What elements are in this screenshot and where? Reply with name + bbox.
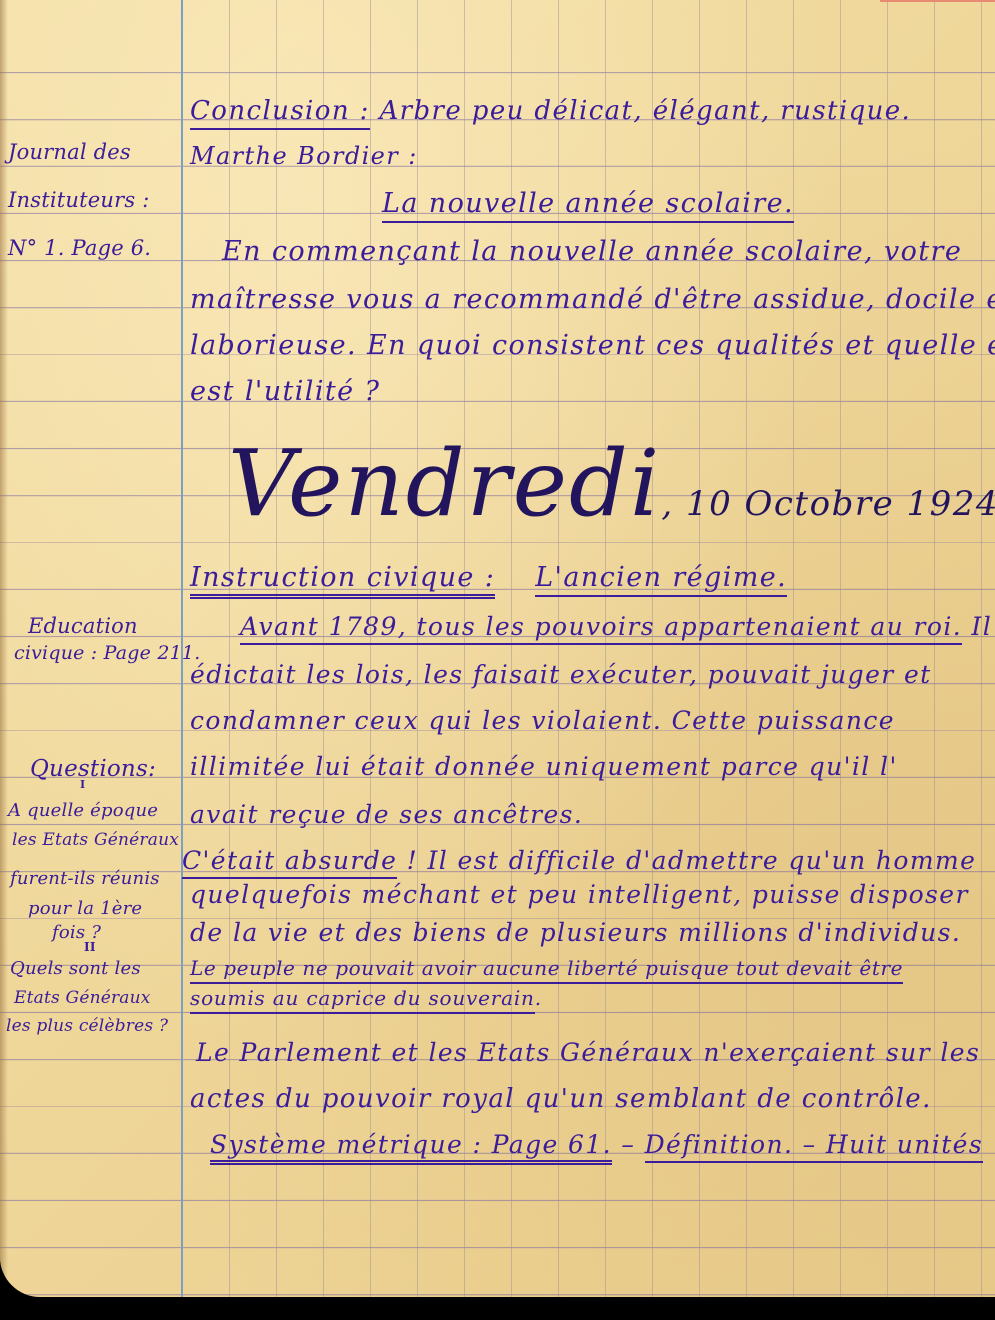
lesson-line-4: illimitée lui était donnée uniquement pa… bbox=[190, 752, 898, 781]
margin-q2-line3: les plus célèbres ? bbox=[6, 1016, 168, 1036]
margin-q1-line3: furent-ils réunis bbox=[10, 868, 160, 889]
lesson-line-10-underlined: soumis au caprice du souverain bbox=[190, 986, 535, 1014]
margin-q1-number: I bbox=[80, 778, 85, 791]
date-heading: Vendredi, 10 Octobre 1924. bbox=[228, 430, 995, 537]
lesson-line-7: quelquefois méchant et peu intelligent, … bbox=[190, 880, 969, 909]
lesson-line-6-tail: ! Il est difficile d'admettre qu'un homm… bbox=[397, 846, 976, 875]
margin-education-1: Education bbox=[28, 614, 138, 638]
margin-journal-1: Journal des bbox=[8, 140, 131, 164]
conclusion-label: Conclusion : bbox=[190, 96, 370, 130]
top-edge-mark bbox=[880, 0, 995, 2]
lesson-line-11: Le Parlement et les Etats Généraux n'exe… bbox=[196, 1038, 980, 1067]
essay-line-1: En commençant la nouvelle année scolaire… bbox=[222, 236, 962, 267]
margin-education-2: civique : Page 211. bbox=[14, 642, 200, 664]
date-rest: , 10 Octobre 1924. bbox=[661, 484, 995, 524]
lesson-line-9-underlined: Le peuple ne pouvait avoir aucune libert… bbox=[190, 956, 903, 984]
lesson-line-6: C'était absurde ! Il est difficile d'adm… bbox=[182, 846, 976, 875]
margin-q2-line1: Quels sont les bbox=[10, 958, 141, 979]
lesson-heading: Instruction civique : L'ancien régime. bbox=[190, 562, 787, 593]
margin-questions-title: Questions: bbox=[30, 756, 156, 782]
margin-q1-line4: pour la 1ère bbox=[28, 898, 142, 919]
lesson-line-6-underlined: C'était absurde bbox=[182, 846, 397, 879]
metric-subject: Système métrique : Page 61. bbox=[210, 1130, 612, 1165]
essay-line-2: maîtresse vous a recommandé d'être assid… bbox=[190, 284, 995, 315]
conclusion-line: Conclusion : Arbre peu délicat, élégant,… bbox=[190, 96, 911, 126]
lesson-line-1-underlined: Avant 1789, tous les pouvoirs appartenai… bbox=[240, 612, 962, 645]
lesson-line-10: soumis au caprice du souverain. bbox=[190, 986, 542, 1010]
margin-q1-line2: les Etats Généraux bbox=[12, 830, 179, 850]
metric-rest: Définition. – Huit unités bbox=[645, 1130, 983, 1163]
lesson-line-8: de la vie et des biens de plusieurs mill… bbox=[190, 918, 961, 947]
notebook-page: Journal des Instituteurs : N° 1. Page 6.… bbox=[0, 0, 995, 1297]
essay-title-text: La nouvelle année scolaire. bbox=[382, 188, 794, 223]
margin-q2-number: II bbox=[84, 940, 96, 954]
essay-title: La nouvelle année scolaire. bbox=[382, 188, 794, 219]
lesson-line-10-tail: . bbox=[535, 986, 542, 1010]
lesson-line-2: édictait les lois, les faisait exécuter,… bbox=[190, 660, 932, 689]
margin-journal-2: Instituteurs : bbox=[8, 188, 149, 212]
lesson-line-3: condamner ceux qui les violaient. Cette … bbox=[190, 706, 895, 735]
lesson-title: L'ancien régime. bbox=[535, 562, 787, 597]
margin-q2-line2: Etats Généraux bbox=[14, 988, 151, 1008]
essay-line-4: est l'utilité ? bbox=[190, 376, 380, 407]
lesson-line-5: avait reçue de ses ancêtres. bbox=[190, 800, 583, 829]
margin-journal-3: N° 1. Page 6. bbox=[8, 236, 151, 260]
metric-heading: Système métrique : Page 61. – Définition… bbox=[210, 1130, 983, 1159]
page-edge-shadow bbox=[0, 0, 8, 1297]
conclusion-text: Arbre peu délicat, élégant, rustique. bbox=[379, 96, 911, 126]
margin-q1-line1: A quelle époque bbox=[8, 800, 158, 821]
date-day: Vendredi bbox=[228, 430, 661, 537]
lesson-line-1: Avant 1789, tous les pouvoirs appartenai… bbox=[240, 612, 992, 641]
lesson-line-12: actes du pouvoir royal qu'un semblant de… bbox=[190, 1084, 932, 1114]
essay-line-3: laborieuse. En quoi consistent ces quali… bbox=[190, 330, 995, 361]
metric-dash: – bbox=[612, 1130, 645, 1159]
author-name: Marthe Bordier : bbox=[190, 142, 418, 170]
lesson-line-9: Le peuple ne pouvait avoir aucune libert… bbox=[190, 956, 903, 980]
lesson-line-1-tail: Il bbox=[962, 612, 992, 641]
scan-border bbox=[0, 1297, 995, 1320]
lesson-subject: Instruction civique : bbox=[190, 562, 495, 599]
